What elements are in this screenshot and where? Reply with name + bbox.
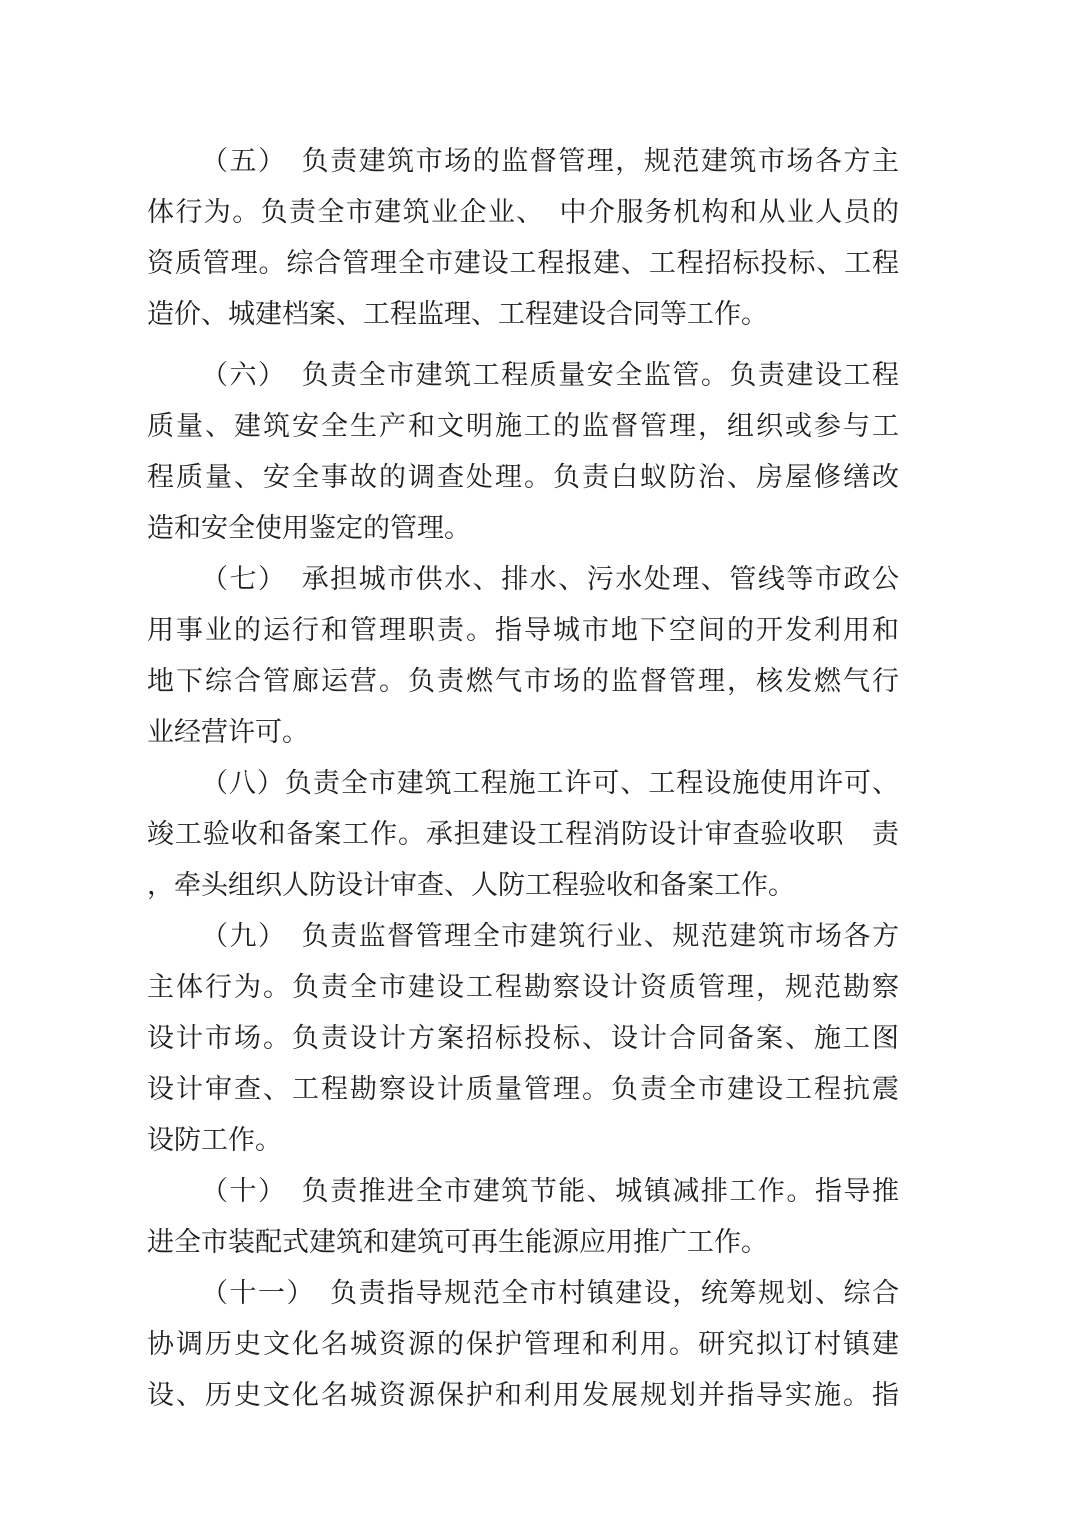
paragraph-6-line-4: 造和安全使用鉴定的管理。 <box>147 503 899 554</box>
paragraph-item-6: （六） 负责全市建筑工程质量安全监管。负责建设工程 质量、建筑安全生产和文明施工… <box>147 350 899 554</box>
document-page: （五） 负责建筑市场的监督管理，规范建筑市场各方主 体行为。负责全市建筑业企业、… <box>0 0 1074 1520</box>
paragraph-9-line-1: （九） 负责监督管理全市建筑行业、规范建筑市场各方 <box>147 911 899 962</box>
paragraph-item-9: （九） 负责监督管理全市建筑行业、规范建筑市场各方 主体行为。负责全市建设工程勘… <box>147 911 899 1166</box>
paragraph-7-line-3: 地下综合管廊运营。负责燃气市场的监督管理，核发燃气行 <box>147 656 899 707</box>
paragraph-7-line-1: （七） 承担城市供水、排水、污水处理、管线等市政公 <box>147 554 899 605</box>
paragraph-item-8: （八）负责全市建筑工程施工许可、工程设施使用许可、 竣工验收和备案工作。承担建设… <box>147 758 899 911</box>
paragraph-5-line-4: 造价、城建档案、工程监理、工程建设合同等工作。 <box>147 289 899 340</box>
paragraph-9-line-4: 设计审查、工程勘察设计质量管理。负责全市建设工程抗震 <box>147 1064 899 1115</box>
paragraph-11-line-1: （十一） 负责指导规范全市村镇建设，统筹规划、综合 <box>147 1268 899 1319</box>
paragraph-6-line-2: 质量、建筑安全生产和文明施工的监督管理，组织或参与工 <box>147 401 899 452</box>
paragraph-11-line-3: 设、历史文化名城资源保护和利用发展规划并指导实施。指 <box>147 1370 899 1421</box>
paragraph-7-line-2: 用事业的运行和管理职责。指导城市地下空间的开发利用和 <box>147 605 899 656</box>
paragraph-10-line-2: 进全市装配式建筑和建筑可再生能源应用推广工作。 <box>147 1217 899 1268</box>
paragraph-item-7: （七） 承担城市供水、排水、污水处理、管线等市政公 用事业的运行和管理职责。指导… <box>147 554 899 758</box>
paragraph-10-line-1: （十） 负责推进全市建筑节能、城镇减排工作。指导推 <box>147 1166 899 1217</box>
paragraph-item-5: （五） 负责建筑市场的监督管理，规范建筑市场各方主 体行为。负责全市建筑业企业、… <box>147 136 899 340</box>
paragraph-5-line-2: 体行为。负责全市建筑业企业、 中介服务机构和从业人员的 <box>147 187 899 238</box>
paragraph-7-line-4: 业经营许可。 <box>147 707 899 758</box>
paragraph-9-line-2: 主体行为。负责全市建设工程勘察设计资质管理，规范勘察 <box>147 962 899 1013</box>
paragraph-8-line-3: ，牵头组织人防设计审查、人防工程验收和备案工作。 <box>147 860 899 911</box>
paragraph-9-line-3: 设计市场。负责设计方案招标投标、设计合同备案、施工图 <box>147 1013 899 1064</box>
paragraph-item-10: （十） 负责推进全市建筑节能、城镇减排工作。指导推 进全市装配式建筑和建筑可再生… <box>147 1166 899 1268</box>
paragraph-9-line-5: 设防工作。 <box>147 1115 899 1166</box>
paragraph-item-11: （十一） 负责指导规范全市村镇建设，统筹规划、综合 协调历史文化名城资源的保护管… <box>147 1268 899 1421</box>
paragraph-5-line-3: 资质管理。综合管理全市建设工程报建、工程招标投标、工程 <box>147 238 899 289</box>
paragraph-8-line-2: 竣工验收和备案工作。承担建设工程消防设计审查验收职 责 <box>147 809 899 860</box>
paragraph-8-line-1: （八）负责全市建筑工程施工许可、工程设施使用许可、 <box>147 758 899 809</box>
paragraph-11-line-2: 协调历史文化名城资源的保护管理和利用。研究拟订村镇建 <box>147 1319 899 1370</box>
paragraph-6-line-1: （六） 负责全市建筑工程质量安全监管。负责建设工程 <box>147 350 899 401</box>
paragraph-5-line-1: （五） 负责建筑市场的监督管理，规范建筑市场各方主 <box>147 136 899 187</box>
paragraph-6-line-3: 程质量、安全事故的调查处理。负责白蚁防治、房屋修缮改 <box>147 452 899 503</box>
